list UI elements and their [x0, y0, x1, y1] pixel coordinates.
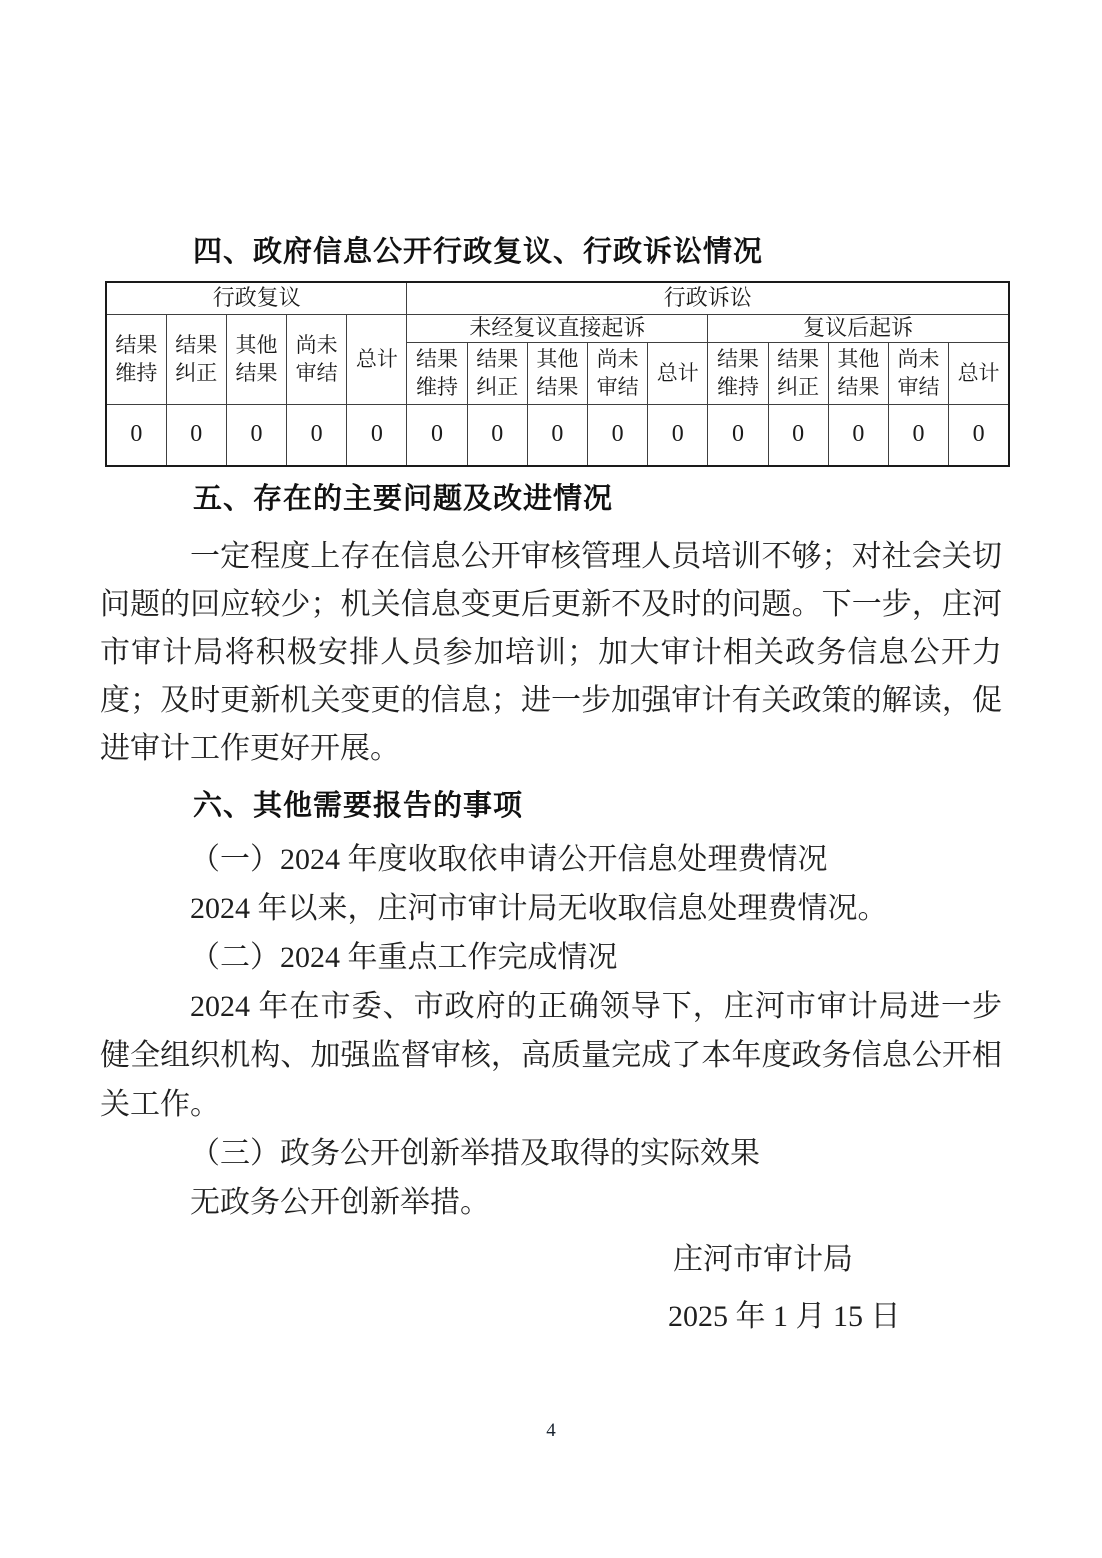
table-value-cell: 0 — [708, 404, 768, 466]
table-subgroup-after-review-suit: 复议后起诉 — [708, 314, 1009, 342]
table-value-cell: 0 — [648, 404, 708, 466]
item-one-title: （一）2024 年度收取依申请公开信息处理费情况 — [100, 835, 1002, 884]
page-number: 4 — [0, 1420, 1102, 1442]
table-col-header-review-upheld: 结果 维持 — [106, 314, 166, 404]
signature-date: 2025 年 1 月 15 日 — [668, 1302, 1102, 1332]
section-five-paragraph: 一定程度上存在信息公开审核管理人员培训不够；对社会关切问题的回应较少；机关信息变… — [100, 533, 1002, 773]
table-value-cell: 0 — [527, 404, 587, 466]
table-col-header-direct-upheld: 结果 维持 — [407, 342, 467, 404]
review-litigation-table: 行政复议 行政诉讼 结果 维持 结果 纠正 其他 结果 尚未 审结 总计 未经复… — [105, 281, 1010, 467]
item-two-title: （二）2024 年重点工作完成情况 — [100, 933, 1002, 982]
table-col-header-review-pending: 尚未 审结 — [287, 314, 347, 404]
table-values-row: 0 0 0 0 0 0 0 0 0 0 0 0 0 0 0 — [106, 404, 1009, 466]
table-value-cell: 0 — [888, 404, 948, 466]
table-group-row: 行政复议 行政诉讼 — [106, 282, 1009, 314]
table-col-header-after-other: 其他 结果 — [828, 342, 888, 404]
section-six-heading: 六、其他需要报告的事项 — [193, 790, 1102, 822]
table-col-header-direct-total: 总计 — [648, 342, 708, 404]
table-col-header-review-total: 总计 — [347, 314, 407, 404]
table-col-header-review-corrected: 结果 纠正 — [166, 314, 226, 404]
table-subgroup-direct-suit: 未经复议直接起诉 — [407, 314, 708, 342]
table-value-cell: 0 — [467, 404, 527, 466]
section-six-body: （一）2024 年度收取依申请公开信息处理费情况 2024 年以来，庄河市审计局… — [100, 835, 1002, 1227]
document-page: 四、政府信息公开行政复议、行政诉讼情况 行政复议 行政诉讼 结果 维持 结果 纠… — [0, 0, 1102, 1558]
table-value-cell: 0 — [407, 404, 467, 466]
table-value-cell: 0 — [106, 404, 166, 466]
table-value-cell: 0 — [166, 404, 226, 466]
item-three-title: （三）政务公开创新举措及取得的实际效果 — [100, 1129, 1002, 1178]
item-one-body: 2024 年以来，庄河市审计局无收取信息处理费情况。 — [100, 884, 1002, 933]
table-value-cell: 0 — [768, 404, 828, 466]
table-col-header-direct-pending: 尚未 审结 — [588, 342, 648, 404]
table-value-cell: 0 — [828, 404, 888, 466]
section-four-heading: 四、政府信息公开行政复议、行政诉讼情况 — [193, 236, 1102, 268]
table-col-header-after-corrected: 结果 纠正 — [768, 342, 828, 404]
item-three-body: 无政务公开创新举措。 — [100, 1178, 1002, 1227]
table-col-header-after-upheld: 结果 维持 — [708, 342, 768, 404]
table-value-cell: 0 — [588, 404, 648, 466]
table-value-cell: 0 — [226, 404, 286, 466]
section-five-heading: 五、存在的主要问题及改进情况 — [193, 483, 1102, 515]
signature-org: 庄河市审计局 — [673, 1245, 1102, 1275]
table-col-header-review-other: 其他 结果 — [226, 314, 286, 404]
table-group-litigation: 行政诉讼 — [407, 282, 1009, 314]
table-col-header-direct-corrected: 结果 纠正 — [467, 342, 527, 404]
table-value-cell: 0 — [949, 404, 1009, 466]
table-value-cell: 0 — [347, 404, 407, 466]
table-col-header-after-total: 总计 — [949, 342, 1009, 404]
table-col-header-after-pending: 尚未 审结 — [888, 342, 948, 404]
table-col-header-direct-other: 其他 结果 — [527, 342, 587, 404]
table-subgroup-row: 结果 维持 结果 纠正 其他 结果 尚未 审结 总计 未经复议直接起诉 复议后起… — [106, 314, 1009, 342]
table-group-review: 行政复议 — [106, 282, 407, 314]
table-value-cell: 0 — [287, 404, 347, 466]
item-two-body: 2024 年在市委、市政府的正确领导下，庄河市审计局进一步健全组织机构、加强监督… — [100, 982, 1002, 1129]
